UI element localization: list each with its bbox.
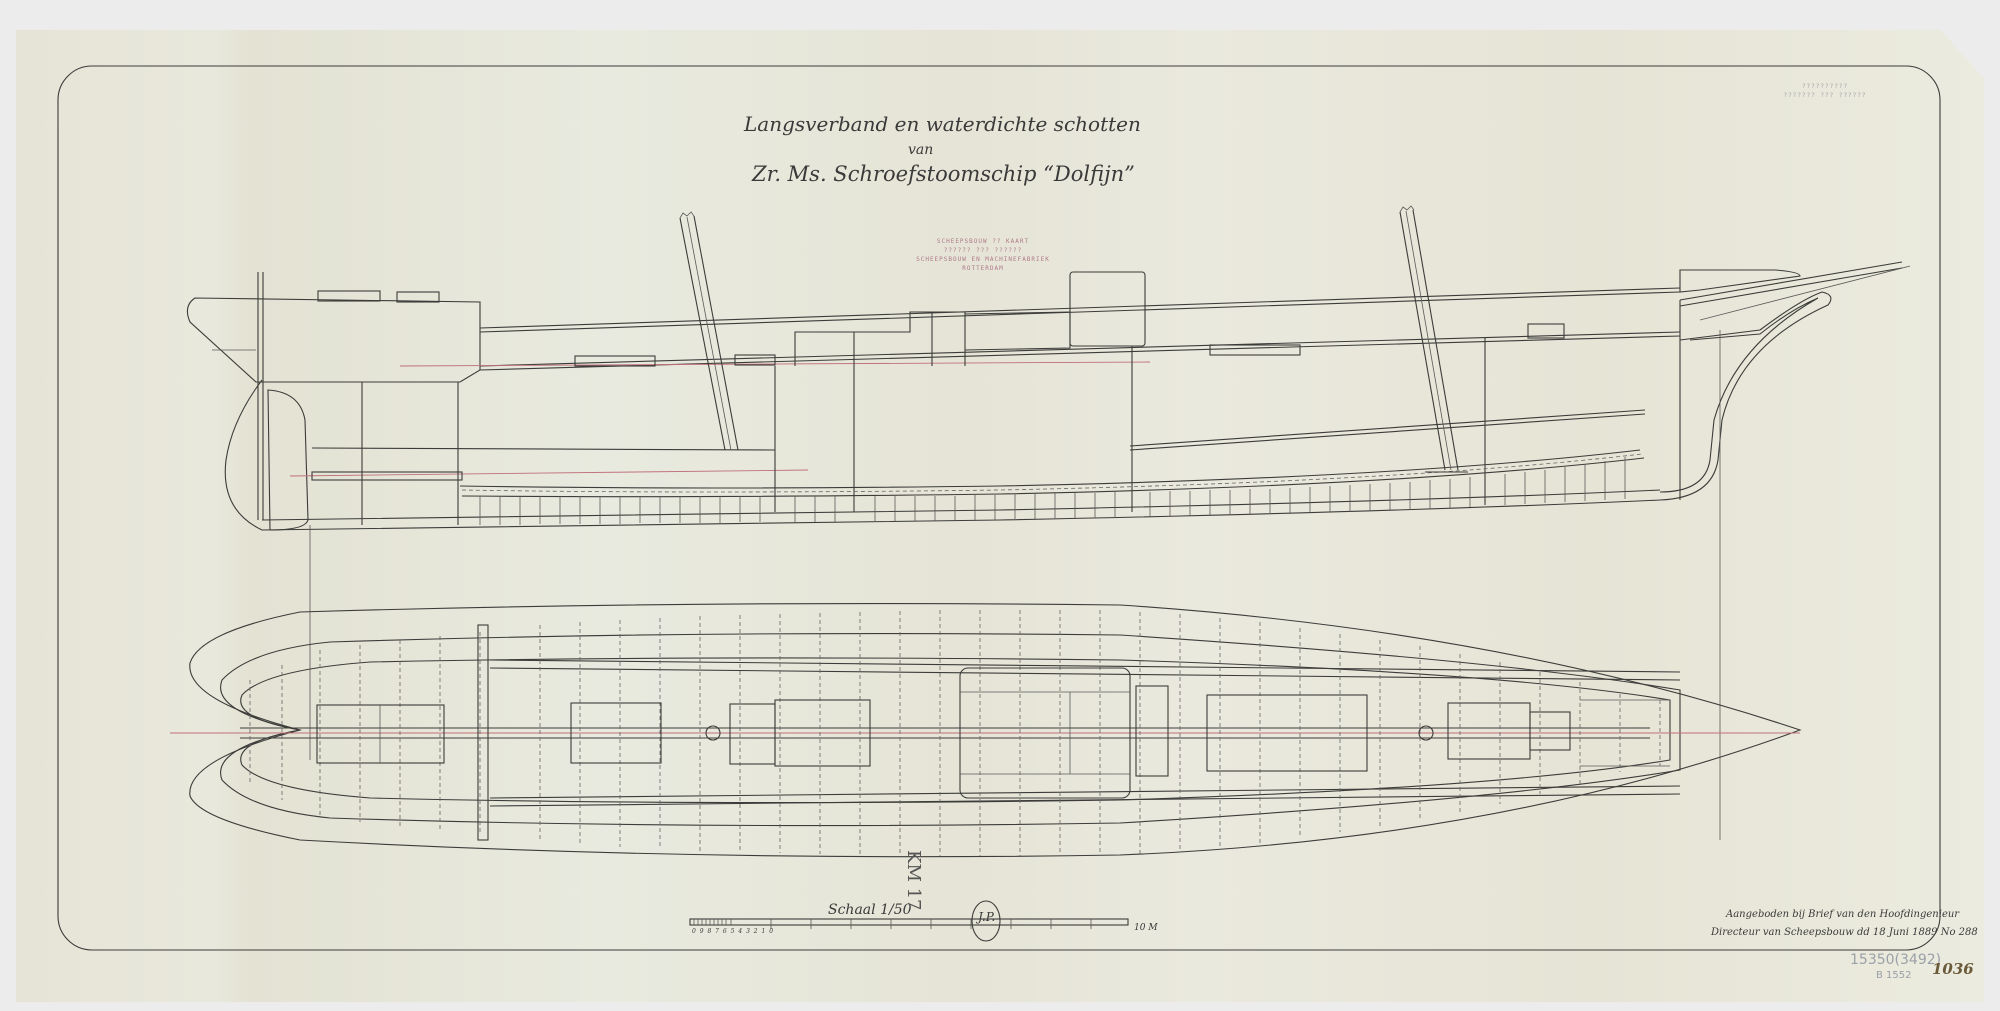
ship-name: Zr. Ms. Schroefstoomschip “Dolfijn” <box>752 162 1135 186</box>
stamp-line: ??????? ??? ?????? <box>1770 91 1880 100</box>
scale-end-label: 10 M <box>1134 923 1158 933</box>
stamp-circle-initials: J.P. <box>978 910 995 924</box>
stamp-line: ?????? ??? ?????? <box>908 246 1058 255</box>
side-elevation <box>187 206 1910 840</box>
drawing-border <box>58 66 1940 950</box>
handwritten-mark: KM 17 <box>903 850 924 911</box>
drawing-title: Langsverband en waterdichte schotten <box>744 112 1141 136</box>
signature-line-1: Aangeboden bij Brief van den Hoofdingeni… <box>1726 909 1959 920</box>
stamp-line: ?????????? <box>1770 82 1880 91</box>
archive-number: 15350(3492) <box>1850 952 1941 968</box>
stamp-line: SCHEEPSBOUW ?? KAART <box>908 237 1058 246</box>
drawing-title-van: van <box>908 142 933 158</box>
aft-mast <box>680 212 738 450</box>
hatch <box>317 705 444 763</box>
company-stamp: SCHEEPSBOUW ?? KAART ?????? ??? ?????? S… <box>908 237 1058 273</box>
plan-view <box>170 604 1800 857</box>
signature-line-2: Directeur van Scheepsbouw dd 18 Juni 188… <box>1711 927 1978 938</box>
drawing-sheet: Langsverband en waterdichte schotten van… <box>16 30 1984 1002</box>
stamp-line: ROTTERDAM <box>908 264 1058 273</box>
archive-stamp: ?????????? ??????? ??? ?????? <box>1770 82 1880 100</box>
archive-sub-number: B 1552 <box>1876 970 1912 981</box>
catalog-number: 1036 <box>1932 960 1974 978</box>
scale-subdivisions: 0 9 8 7 6 5 4 3 2 1 0 <box>692 928 774 935</box>
stamp-line: SCHEEPSBOUW EN MACHINEFABRIEK <box>908 255 1058 264</box>
scale-label: Schaal 1/50 <box>828 902 912 918</box>
